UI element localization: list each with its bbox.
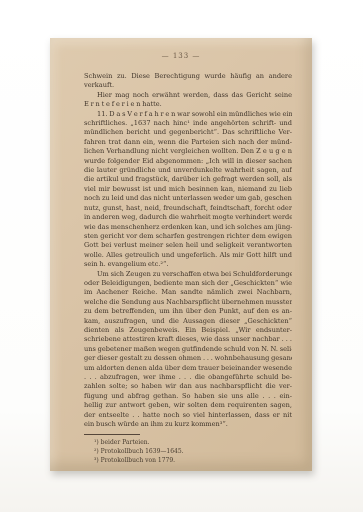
text-line: schriftliches. „1637 nach hinc¹ inde ang… bbox=[84, 119, 292, 128]
text-line: ger dieser gestalt zu dessen ohmen . . .… bbox=[84, 354, 292, 363]
text-line: wolle. Alles getreulich und ungeferlich.… bbox=[84, 251, 292, 260]
text-line: ein busch würde an ihm zu kurz kommen³“. bbox=[84, 420, 292, 429]
text-line: zahlen solte; so haben wir dan aus nachb… bbox=[84, 382, 292, 391]
text-line: viel mir bewusst ist und mich besinnen k… bbox=[84, 185, 292, 194]
text-line: wurde folgender Eid abgenommen: „Ich wil… bbox=[84, 157, 292, 166]
text-line: sein h. evangelium etc.²“. bbox=[84, 260, 292, 269]
text-line: hellig zur antwort geben, wir solten dem… bbox=[84, 401, 292, 410]
text-line: mündlichen bericht und gegenbericht“. Da… bbox=[84, 128, 292, 137]
text-line: uns gebetener maßen wegen gutfindende sc… bbox=[84, 345, 292, 354]
text-line: dienten als Zeugenbeweis. Ein Beispiel. … bbox=[84, 326, 292, 335]
scan-background: — 133 — Schwein zu. Diese Berechtigung w… bbox=[0, 0, 363, 512]
text-line: Schwein zu. Diese Berechtigung wurde häu… bbox=[84, 72, 292, 91]
text-line: die artikul und fragstück, darüber ich g… bbox=[84, 175, 292, 184]
text-line: fügung und abfrag gethan. So haben sie u… bbox=[84, 392, 292, 401]
text-line: die lauter gründliche und unverdunkelte … bbox=[84, 166, 292, 175]
body-text: Schwein zu. Diese Berechtigung wurde häu… bbox=[84, 72, 292, 429]
text-line: E r n t e f e r i e n hatte. bbox=[84, 100, 292, 109]
text-line: in anderen weg, dadurch die wahrheit mog… bbox=[84, 213, 292, 222]
text-line: fahren trat dann ein, wenn die Parteien … bbox=[84, 138, 292, 147]
page-number: — 133 — bbox=[50, 38, 312, 68]
text-line: im Aachener Reiche. Man sandte nämlich z… bbox=[84, 288, 292, 297]
text-line: Gott bei verlust meiner selen heil und s… bbox=[84, 241, 292, 250]
text-line: noch zu leid und das nicht unterlassen w… bbox=[84, 194, 292, 203]
text-line: sten gericht vor dem scharfen gestrengen… bbox=[84, 232, 292, 241]
footnote-line: ³) Protokollbuch von 1779. bbox=[94, 456, 292, 465]
text-line: oder Beleidigungen, bediente man sich de… bbox=[84, 279, 292, 288]
text-line: welche die Sendung aus Nachbarspflicht ü… bbox=[84, 298, 292, 307]
footnote-line: ²) Protokollbuch 1639—1645. bbox=[94, 447, 292, 456]
footnotes: ¹) beider Parteien.²) Protokollbuch 1639… bbox=[94, 438, 292, 465]
text-line: . . . abzufragen, wer ihme . . . die oba… bbox=[84, 373, 292, 382]
text-line: schriebene attestiren kraft dieses, wie … bbox=[84, 335, 292, 344]
footnote-separator bbox=[84, 434, 140, 435]
footnote-line: ¹) beider Parteien. bbox=[94, 438, 292, 447]
text-line: wie das menschenherz erdenken kan, und i… bbox=[84, 223, 292, 232]
text-line: Um sich Zeugen zu verschaffen etwa bei S… bbox=[84, 270, 292, 279]
text-line: kam, auszufragen, und die Aussagen diese… bbox=[84, 317, 292, 326]
text-line: der entseelte . . hatte noch so viel hin… bbox=[84, 411, 292, 420]
text-line: nutz, gunst, hast, neid, freundschaft, f… bbox=[84, 204, 292, 213]
text-line: lichen Verhandlung nicht vergleichen wol… bbox=[84, 147, 292, 156]
text-line: um aldorten denen alda über dem trauer b… bbox=[84, 364, 292, 373]
text-line: Hier mag noch erwähnt werden, dass das G… bbox=[84, 91, 292, 100]
text-line: 11. D a s V e r f a h r e n war sowohl e… bbox=[84, 110, 292, 119]
text-line: zu dem betreffenden, um ihn über den Pun… bbox=[84, 307, 292, 316]
book-page: — 133 — Schwein zu. Diese Berechtigung w… bbox=[50, 38, 312, 471]
